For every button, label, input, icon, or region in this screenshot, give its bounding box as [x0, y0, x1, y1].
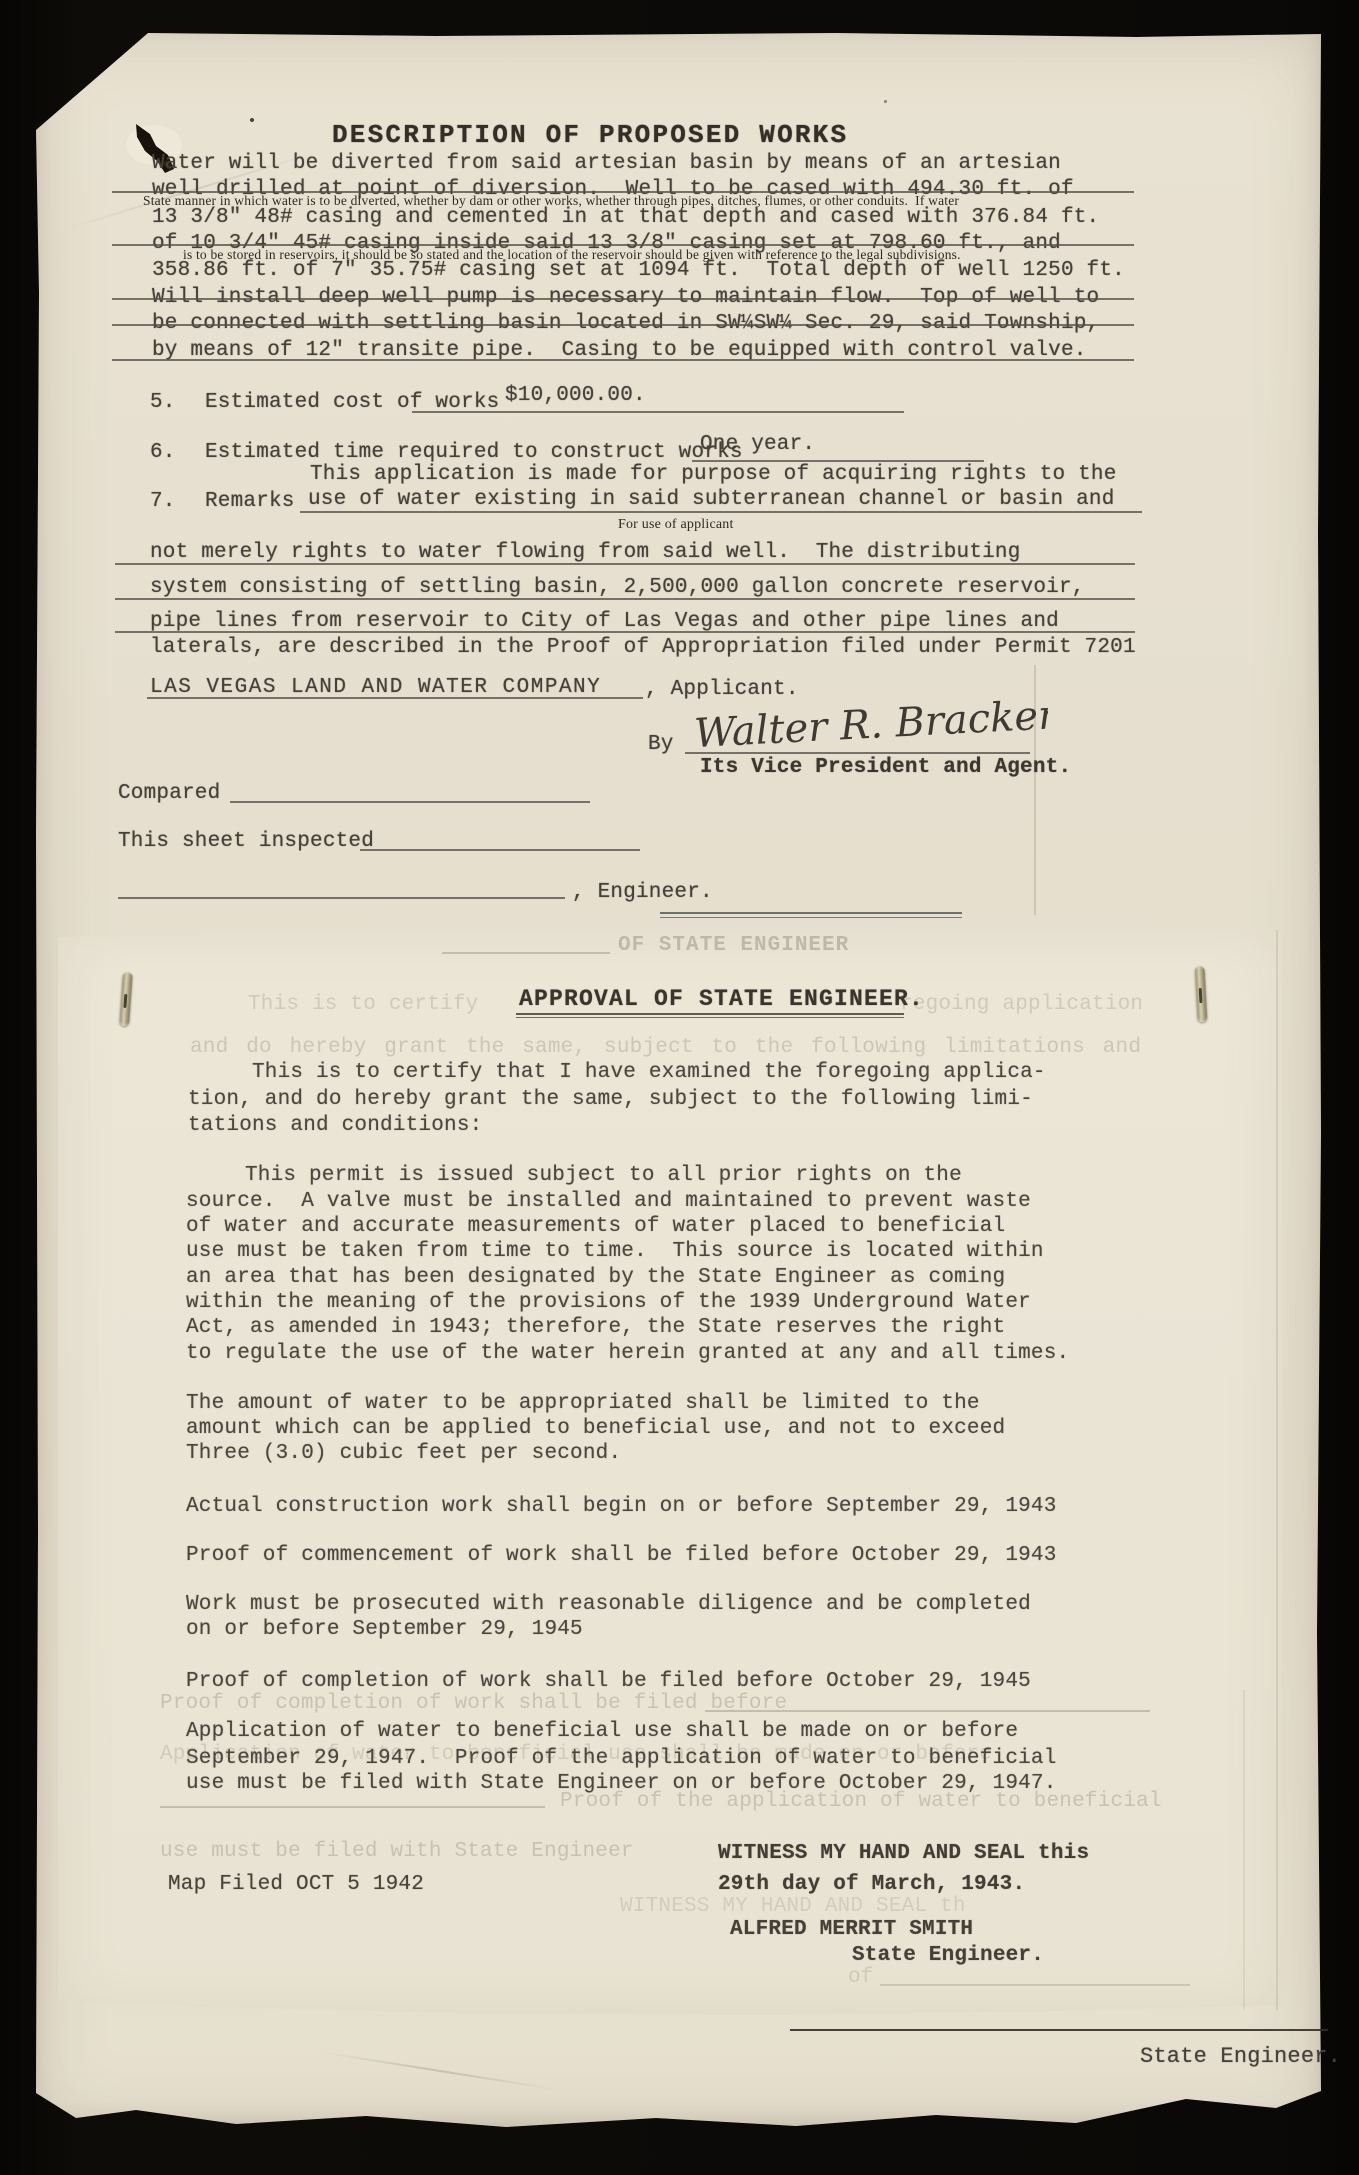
page2-heading: APPROVAL OF STATE ENGINEER.: [519, 986, 924, 1012]
item5-number: 5.: [150, 390, 176, 416]
body-line: 13 3/8" 48# casing and cemented in at th…: [152, 205, 1099, 231]
ghost-text: and do hereby grant the same, subject to…: [190, 1036, 1141, 1059]
paper-crease: [1276, 930, 1278, 2010]
inspected-label: This sheet inspected: [118, 829, 374, 855]
ghost-text: Proof of completion of work shall be fil…: [160, 1692, 787, 1715]
item6-number: 6.: [150, 440, 176, 466]
certify-line: This is to certify that I have examined …: [252, 1060, 1046, 1086]
condition-line: Proof of commencement of work shall be f…: [186, 1543, 1057, 1569]
fill-in-line: [115, 598, 1135, 600]
ghost-text: use must be filed with State Engineer: [160, 1840, 634, 1863]
permit-line: Act, as amended in 1943; therefore, the …: [186, 1315, 1005, 1341]
ghost-underline: [160, 1806, 545, 1808]
condition-line: Work must be prosecuted with reasonable …: [186, 1592, 1031, 1618]
certify-line: tations and conditions:: [188, 1113, 482, 1139]
blank-line: [118, 897, 565, 899]
fill-in-line: [300, 511, 1142, 513]
ghost-text: of: [848, 1966, 874, 1989]
separator-double-rule: [660, 912, 962, 914]
fill-in-line: [115, 563, 1135, 565]
witness-line: WITNESS MY HAND AND SEAL this: [718, 1841, 1089, 1867]
form-rule: [112, 324, 1134, 326]
page1-heading: DESCRIPTION OF PROPOSED WORKS: [332, 122, 848, 148]
bottom-signature-title: State Engineer.: [1140, 2044, 1341, 2070]
permit-line: This permit is issued subject to all pri…: [245, 1163, 962, 1189]
ghost-text: OF STATE ENGINEER: [618, 934, 849, 957]
engineer-name: ALFRED MERRIT SMITH: [730, 1917, 973, 1943]
blank-line: [360, 849, 640, 851]
item6-value: One year.: [700, 432, 815, 458]
form-note: For use of applicant: [618, 517, 734, 533]
certify-line: tion, and do hereby grant the same, subj…: [188, 1087, 1033, 1113]
permit-line: to regulate the use of the water herein …: [186, 1341, 1069, 1367]
engineer-blank-label: , Engineer.: [572, 880, 713, 906]
handwritten-signature: Walter R. Bracken: [688, 688, 1048, 760]
scan-speck: [250, 118, 254, 122]
signature-line: [685, 752, 1030, 754]
heading-underline: [516, 1017, 904, 1018]
signature-text: Walter R. Bracken: [693, 692, 1048, 757]
remarks-line: use of water existing in said subterrane…: [308, 487, 1115, 513]
blank-line: [230, 801, 590, 803]
condition-line: Application of water to beneficial use s…: [186, 1719, 1018, 1745]
amount-line: The amount of water to be appropriated s…: [186, 1391, 980, 1417]
underline: [147, 697, 643, 699]
ghost-underline: [705, 1710, 1150, 1712]
item7-label: Remarks: [205, 489, 295, 515]
permit-line: use must be taken from time to time. Thi…: [186, 1239, 1044, 1265]
condition-line: on or before September 29, 1945: [186, 1617, 583, 1643]
ghost-underline: [880, 1984, 1190, 1986]
amount-line: amount which can be applied to beneficia…: [186, 1416, 1005, 1442]
form-rule: [112, 244, 1134, 246]
fill-in-line: [412, 411, 904, 413]
heading-underline: [516, 1013, 904, 1015]
condition-line: September 29, 1947. Proof of the applica…: [186, 1746, 1057, 1772]
scan-speck: [884, 100, 887, 103]
remarks-intro: This application is made for purpose of …: [310, 462, 1117, 488]
form-rule: [112, 298, 1134, 300]
map-filed-note: Map Filed OCT 5 1942: [168, 1872, 424, 1898]
engineer-title: State Engineer.: [852, 1943, 1044, 1969]
ghost-text: regoing application: [900, 993, 1143, 1016]
by-label: By: [648, 732, 674, 758]
ghost-underline: [442, 952, 610, 954]
ghost-text: WITNESS MY HAND AND SEAL th: [620, 1895, 966, 1918]
permit-line: an area that has been designated by the …: [186, 1265, 1005, 1291]
condition-line: Actual construction work shall begin on …: [186, 1494, 1057, 1520]
permit-line: within the meaning of the provisions of …: [186, 1290, 1031, 1316]
permit-line: source. A valve must be installed and ma…: [186, 1189, 1031, 1215]
compared-label: Compared: [118, 781, 220, 807]
amount-line: Three (3.0) cubic feet per second.: [186, 1441, 621, 1467]
body-line: Water will be diverted from said artesia…: [152, 151, 1061, 177]
item7-number: 7.: [150, 489, 176, 515]
item5-value: $10,000.00.: [505, 383, 646, 409]
bottom-signature-line: [790, 2029, 1328, 2031]
scanned-document: DESCRIPTION OF PROPOSED WORKS Water will…: [0, 0, 1359, 2175]
ghost-text: Proof of the application of water to ben…: [560, 1790, 1162, 1813]
fill-in-line: [115, 631, 1135, 633]
permit-line: of water and accurate measurements of wa…: [186, 1214, 1005, 1240]
form-rule: [112, 359, 1134, 361]
body-line: 358.86 ft. of 7" 35.75# casing set at 10…: [152, 258, 1125, 284]
paper-crease: [1243, 1690, 1245, 2010]
signature-title: Its Vice President and Agent.: [700, 755, 1071, 781]
remarks-line: laterals, are described in the Proof of …: [150, 635, 1136, 661]
separator-double-rule: [660, 917, 962, 918]
ghost-text: This is to certify: [248, 993, 478, 1016]
